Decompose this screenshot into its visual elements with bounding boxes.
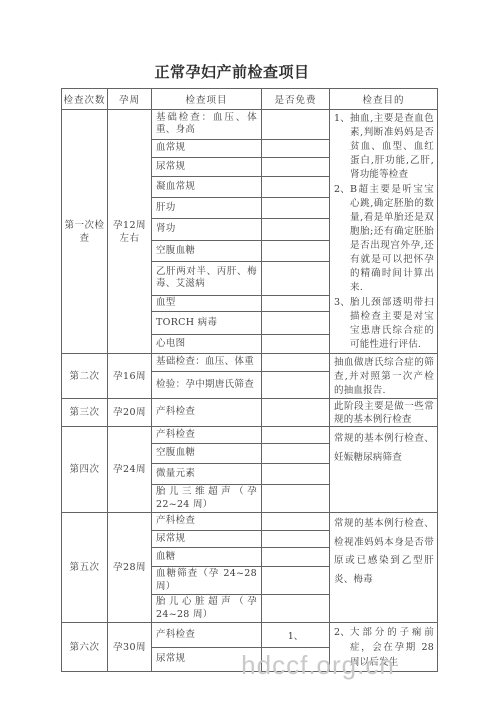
cell-check-item: 血常规 <box>152 139 262 157</box>
cell-free-status <box>262 240 330 261</box>
cell-free-status <box>262 464 330 485</box>
cell-check-item: TORCH 病毒 <box>152 312 262 334</box>
cell-free-status <box>262 354 330 372</box>
cell-free-status <box>262 198 330 219</box>
purpose-text: 抽血做唐氏综合症的筛查,并对照第一次产检的抽血报告. <box>334 356 434 398</box>
cell-check-item: 检验：孕中期唐氏筛查 <box>152 371 262 398</box>
cell-check-item: 凝血常规 <box>152 176 262 197</box>
cell-purpose: 常规的基本例行检查、妊娠糖尿病筛查 <box>330 427 438 513</box>
cell-free-status <box>262 157 330 176</box>
cell-free-status <box>262 513 330 531</box>
cell-check-item: 胎儿心脏超声（孕 24~28 周） <box>152 595 262 623</box>
cell-check-item: 尿常规 <box>152 157 262 176</box>
table-row: 第六次孕30周产科检查1、2、大部分的子痫前症，会在孕期 28 周以后发生 <box>62 623 438 648</box>
cell-free-status: 1、 <box>262 623 330 648</box>
purpose-text: 此阶段主要是做一些常规的基本例行检查 <box>334 401 434 426</box>
column-header-3: 是否免费 <box>262 89 330 110</box>
cell-free-status <box>262 219 330 240</box>
document-page: 正常孕妇产前检查项目 检查次数孕周检查项目是否免费检查目的第一次检 查孕12周 … <box>0 0 500 707</box>
purpose-list-item: 2、B超主要是听宝宝心跳,确定胚胎的数量,看是单胎还是双胞胎;还有确定胚胎是否出… <box>334 183 434 295</box>
cell-purpose: 常规的基本例行检查、检视准妈妈本身是否带原或已感染到乙型肝炎、梅毒 <box>330 513 438 623</box>
table-row: 第五次孕28周产科检查常规的基本例行检查、检视准妈妈本身是否带原或已感染到乙型肝… <box>62 513 438 531</box>
cell-pregnancy-week: 孕24周 <box>108 427 152 513</box>
cell-purpose: 抽血做唐氏综合症的筛查,并对照第一次产检的抽血报告. <box>330 354 438 399</box>
cell-checkup-number: 第四次 <box>62 427 108 513</box>
cell-check-item: 胎儿三维超声（孕 22~24 周） <box>152 485 262 513</box>
cell-free-status <box>262 110 330 140</box>
cell-free-status <box>262 312 330 334</box>
cell-free-status <box>262 176 330 197</box>
table-row: 第三次孕20周产科检查此阶段主要是做一些常规的基本例行检查 <box>62 399 438 427</box>
cell-purpose: 1、抽血,主要是查血色素,判断准妈妈是否贫血、血型、血红蛋白,肝功能,乙肝,肾功… <box>330 110 438 354</box>
cell-free-status <box>262 371 330 398</box>
cell-check-item: 乙肝两对半、丙肝、梅毒、艾滋病 <box>152 261 262 295</box>
cell-free-status <box>262 399 330 427</box>
cell-checkup-number: 第一次检 查 <box>62 110 108 354</box>
column-header-1: 孕周 <box>108 89 152 110</box>
cell-checkup-number: 第二次 <box>62 354 108 399</box>
table-row: 第四次孕24周产科检查常规的基本例行检查、妊娠糖尿病筛查 <box>62 427 438 444</box>
cell-check-item: 基础检查：血压、体重 <box>152 354 262 372</box>
purpose-list-item: 1、抽血,主要是查血色素,判断准妈妈是否贫血、血型、血红蛋白,肝功能,乙肝,肾功… <box>334 112 434 182</box>
purpose-list-number: 1、 <box>334 112 350 182</box>
cell-checkup-number: 第五次 <box>62 513 108 623</box>
watermark: hdccf.org.cn <box>241 650 395 681</box>
cell-free-status <box>262 567 330 595</box>
cell-pregnancy-week: 孕16周 <box>108 354 152 399</box>
cell-pregnancy-week: 孕28周 <box>108 513 152 623</box>
cell-free-status <box>262 261 330 295</box>
cell-check-item: 肝功 <box>152 198 262 219</box>
cell-check-item: 空腹血糖 <box>152 444 262 464</box>
cell-check-item: 尿常规 <box>152 531 262 548</box>
cell-check-item: 微量元素 <box>152 464 262 485</box>
purpose-list-text: 胎儿颈部透明带扫描检查主要是对宝宝患唐氏综合症的可能性进行评估. <box>350 296 434 352</box>
prenatal-checkup-table: 检查次数孕周检查项目是否免费检查目的第一次检 查孕12周 左右基础检查：血压、体… <box>61 88 438 672</box>
cell-free-status <box>262 485 330 513</box>
cell-check-item: 肾功 <box>152 219 262 240</box>
cell-free-status <box>262 548 330 567</box>
cell-check-item: 产科检查 <box>152 427 262 444</box>
purpose-list-number: 3、 <box>334 296 350 352</box>
prenatal-checkup-table-wrap: 检查次数孕周检查项目是否免费检查目的第一次检 查孕12周 左右基础检查：血压、体… <box>61 88 438 672</box>
purpose-list-text: B超主要是听宝宝心跳,确定胚胎的数量,看是单胎还是双胞胎;还有确定胚胎是否出现宫… <box>350 183 434 295</box>
purpose-text: 常规的基本例行检查、妊娠糖尿病筛查 <box>334 429 434 467</box>
column-header-0: 检查次数 <box>62 89 108 110</box>
cell-check-item: 产科检查 <box>152 513 262 531</box>
cell-free-status <box>262 295 330 311</box>
cell-purpose: 此阶段主要是做一些常规的基本例行检查 <box>330 399 438 427</box>
cell-check-item: 空腹血糖 <box>152 240 262 261</box>
cell-free-status <box>262 334 330 353</box>
cell-pregnancy-week: 孕12周 左右 <box>108 110 152 354</box>
column-header-4: 检查目的 <box>330 89 438 110</box>
cell-free-status <box>262 427 330 444</box>
cell-check-item: 基础检查：血压、体重、身高 <box>152 110 262 140</box>
cell-pregnancy-week: 孕30周 <box>108 623 152 672</box>
cell-pregnancy-week: 孕20周 <box>108 399 152 427</box>
page-title: 正常孕妇产前检查项目 <box>0 61 464 82</box>
purpose-text: 常规的基本例行检查、检视准妈妈本身是否带原或已感染到乙型肝炎、梅毒 <box>334 515 434 589</box>
cell-check-item: 产科检查 <box>152 623 262 648</box>
cell-check-item: 血型 <box>152 295 262 311</box>
cell-free-status <box>262 595 330 623</box>
table-row: 第二次孕16周基础检查：血压、体重抽血做唐氏综合症的筛查,并对照第一次产检的抽血… <box>62 354 438 372</box>
cell-free-status <box>262 531 330 548</box>
cell-check-item: 血糖 <box>152 548 262 567</box>
cell-check-item: 心电图 <box>152 334 262 353</box>
cell-free-status <box>262 139 330 157</box>
purpose-list-item: 3、胎儿颈部透明带扫描检查主要是对宝宝患唐氏综合症的可能性进行评估. <box>334 296 434 352</box>
table-row: 第一次检 查孕12周 左右基础检查：血压、体重、身高1、抽血,主要是查血色素,判… <box>62 110 438 140</box>
purpose-list-text: 抽血,主要是查血色素,判断准妈妈是否贫血、血型、血红蛋白,肝功能,乙肝,肾功能等… <box>350 112 434 182</box>
cell-checkup-number: 第六次 <box>62 623 108 672</box>
cell-checkup-number: 第三次 <box>62 399 108 427</box>
column-header-2: 检查项目 <box>152 89 262 110</box>
cell-check-item: 产科检查 <box>152 399 262 427</box>
purpose-list-number: 2、 <box>334 183 350 295</box>
cell-check-item: 血糖筛查（孕 24~28 周） <box>152 567 262 595</box>
cell-free-status <box>262 444 330 464</box>
